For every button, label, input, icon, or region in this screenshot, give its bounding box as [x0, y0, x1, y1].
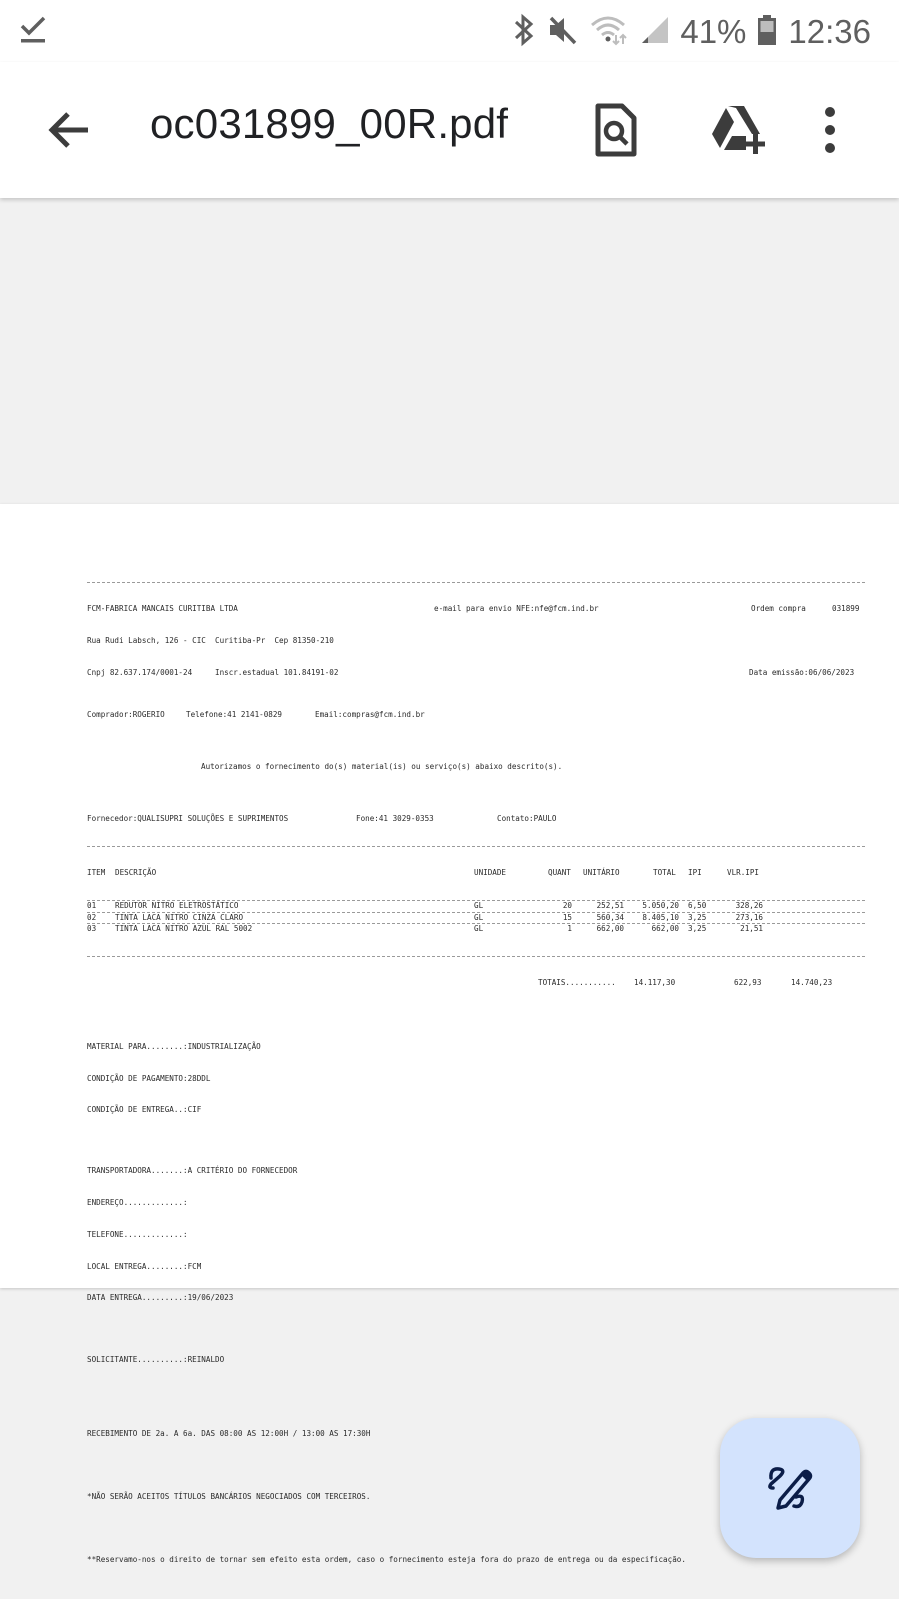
cell-description: TINTA LACA NITRO AZUL RAL 5002 [115, 924, 252, 935]
totals-total: 14.117,30 [634, 978, 675, 989]
nfe-email: e-mail para envio NFE:nfe@fcm.ind.br [434, 604, 599, 615]
totals-grand-total: 14.740,23 [791, 978, 832, 989]
carrier: TRANSPORTADORA.......:A CRITÉRIO DO FORN… [87, 1166, 865, 1177]
buyer: Comprador:ROGERIO [87, 710, 165, 721]
col-unit-price: UNITÁRIO [583, 868, 620, 879]
mute-icon [546, 13, 580, 52]
annotate-pen-icon [766, 1464, 814, 1512]
authorization-text: Autorizamos o fornecimento do(s) materia… [201, 762, 562, 773]
status-bar: 41% 12:36 [0, 0, 899, 62]
col-qty: QUANT [548, 868, 571, 879]
buyer-email: Email:compras@fcm.ind.br [315, 710, 425, 721]
buyer-phone: Telefone:41 2141-0829 [186, 710, 282, 721]
totals-row: TOTAIS........... 14.117,30 622,93 14.74… [87, 978, 865, 989]
totals-ipi-value: 622,93 [734, 978, 761, 989]
table-row: 03TINTA LACA NITRO AZUL RAL 5002GL1662,0… [87, 924, 865, 935]
find-in-document-button[interactable] [592, 102, 648, 158]
supplier-phone: Fone:41 3029-0353 [356, 814, 434, 825]
company-address: Rua Rudi Labsch, 126 - CIC Curitiba-Pr C… [87, 636, 334, 647]
cell-item: 02 [87, 913, 96, 924]
add-to-drive-icon [710, 102, 770, 158]
delivery-location: LOCAL ENTREGA........:FCM [87, 1262, 865, 1273]
divider [87, 582, 865, 583]
battery-icon [756, 13, 778, 52]
supplier: Fornecedor:QUALISUPRI SOLUÇÕES E SUPRIME… [87, 814, 288, 825]
totals-label: TOTAIS........... [538, 978, 616, 989]
pdf-viewer[interactable]: FCM-FABRICA MANCAIS CURITIBA LTDA e-mail… [0, 198, 899, 1599]
find-in-document-icon [592, 102, 640, 158]
cell-description: TINTA LACA NITRO CINZA CLARO [115, 913, 243, 924]
cell-item: 03 [87, 924, 96, 935]
requester: SOLICITANTE..........:REINALDO [87, 1355, 865, 1366]
supplier-contact: Contato:PAULO [497, 814, 556, 825]
more-options-button[interactable] [815, 102, 845, 158]
delivery-date: DATA ENTREGA.........:19/06/2023 [87, 1293, 865, 1304]
battery-percent: 41% [680, 13, 746, 51]
wifi-icon [590, 13, 630, 52]
col-description: DESCRIÇÃO [115, 868, 156, 879]
app-toolbar: oc031899_00R.pdf [0, 62, 899, 198]
cell-ipi-value: 21,51 [663, 924, 763, 935]
divider [87, 956, 865, 957]
col-total: TOTAL [653, 868, 676, 879]
document-title: oc031899_00R.pdf [150, 100, 508, 148]
add-to-drive-button[interactable] [710, 102, 766, 158]
col-item: ITEM [87, 868, 105, 879]
material-for: MATERIAL PARA........:INDUSTRIALIZAÇÃO [87, 1042, 865, 1053]
company-cnpj: Cnpj 82.637.174/0001-24 Inscr.estadual 1… [87, 668, 338, 679]
more-vert-icon [815, 102, 845, 158]
col-ipi-value: VLR.IPI [727, 868, 759, 879]
download-done-icon [18, 14, 48, 51]
cell-description: REDUTOR NITRO ELETROSTÁTICO [115, 901, 238, 912]
cell-item: 01 [87, 901, 96, 912]
back-button[interactable] [44, 104, 96, 156]
carrier-phone: TELEFONE.............: [87, 1230, 865, 1241]
arrow-back-icon [44, 104, 96, 156]
cell-ipi-value: 328,26 [663, 901, 763, 912]
table-row: 01REDUTOR NITRO ELETROSTÁTICOGL20252,515… [87, 901, 865, 912]
issue-date: Data emissão:06/06/2023 [749, 668, 854, 679]
payment-condition: CONDIÇÃO DE PAGAMENTO:28DDL [87, 1074, 865, 1085]
carrier-address: ENDEREÇO.............: [87, 1198, 865, 1209]
divider [87, 846, 865, 847]
table-header: ITEM DESCRIÇÃO UNIDADE QUANT UNITÁRIO TO… [87, 868, 865, 879]
pdf-page: FCM-FABRICA MANCAIS CURITIBA LTDA e-mail… [0, 504, 899, 1288]
clock: 12:36 [788, 13, 871, 51]
order-label: Ordem compra [751, 604, 806, 615]
bluetooth-icon [512, 13, 536, 52]
col-ipi: IPI [688, 868, 702, 879]
col-unit: UNIDADE [474, 868, 506, 879]
company-name: FCM-FABRICA MANCAIS CURITIBA LTDA [87, 604, 238, 615]
signal-icon [640, 13, 670, 52]
cell-ipi-value: 273,16 [663, 913, 763, 924]
table-row: 02TINTA LACA NITRO CINZA CLAROGL15560,34… [87, 913, 865, 924]
order-number: 031899 [832, 604, 859, 615]
annotate-button[interactable] [720, 1418, 860, 1558]
delivery-condition: CONDIÇÃO DE ENTREGA..:CIF [87, 1105, 865, 1116]
